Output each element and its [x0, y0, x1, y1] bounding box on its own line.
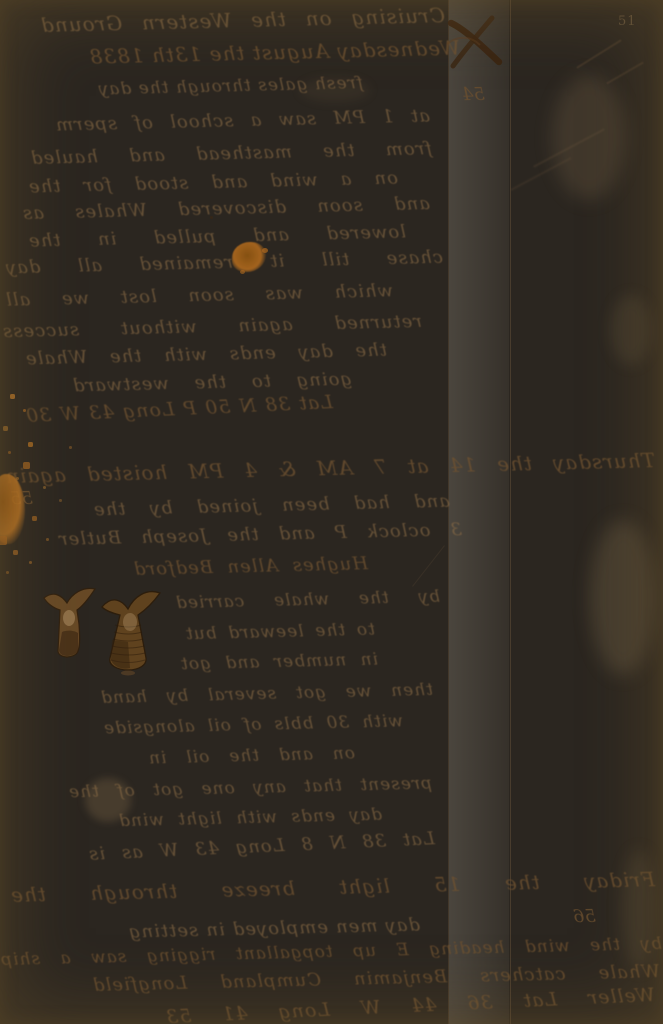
whale-fluke-stamps [38, 580, 168, 676]
bleed-line: by the whale carried [175, 587, 440, 613]
bleed-line: Wednesday August the 13th 1838 [98, 36, 460, 69]
bleed-line: in number and got [180, 650, 378, 675]
bleed-line: lowered and pulled in the [28, 221, 406, 251]
bleed-line: to the leeward but [185, 620, 375, 645]
bleed-flourish-stroke [576, 39, 621, 68]
rust-dot-cluster [0, 0, 1, 1]
whale-fluke-stamp-large [102, 592, 160, 676]
foxing-spot [590, 520, 656, 675]
corner-folio-number: 51 [618, 14, 637, 29]
diagonal-crease [412, 545, 445, 587]
bleed-line: the day ends with the Whale [25, 340, 387, 370]
bleed-line: day men employed in setting [128, 914, 420, 942]
bleed-line: returned again without success [2, 311, 422, 342]
bleed-flourish-stroke [533, 128, 605, 167]
bleed-line: and had been joined by the [93, 491, 450, 521]
bleed-line: Thursday the 14 at 7 AM & 4 PM hoisted a… [5, 448, 655, 488]
bleed-line: then we got several by hand [100, 680, 433, 708]
bleed-flourish-stroke [511, 157, 572, 191]
heavy-ink-blot [444, 14, 508, 72]
bleed-line: Cruising on the Western Ground [40, 3, 445, 37]
bleed-line: Friday the 15 light breeze through the [10, 867, 655, 907]
entry-number: 56 [573, 906, 596, 927]
manuscript-page: Cruising on the Western Ground Wednesday… [0, 0, 663, 1024]
bleed-line: present that any one got of the [68, 774, 432, 803]
bleed-flourish-stroke [606, 62, 643, 85]
bleed-line: fresh gales through the day [128, 73, 363, 99]
entry-number: 54 [462, 84, 485, 105]
bleed-line: which was soon lost we all [5, 280, 393, 310]
bleed-line: from the masthead and hauled [30, 138, 432, 169]
bleed-line: and soon discovered Whales as [22, 193, 430, 224]
bleed-line: day ends with light wind [118, 805, 382, 831]
bleed-line: with 30 bbls of oil alongside [103, 711, 403, 738]
bleed-line: Lat 38 N 8 Long 43 W as is [88, 828, 436, 865]
bleed-line: at 1 PM saw a school of sperm [55, 105, 430, 135]
foxing-spot [552, 75, 626, 200]
foxing-spot [610, 295, 652, 365]
bleed-line: chase till it remained all day [5, 247, 443, 279]
bleed-line: on and the oil in [148, 743, 355, 768]
whale-fluke-stamp-small [44, 588, 95, 657]
bleed-line: on a wind and stood for the [28, 167, 398, 197]
bleed-line: 3 oclock P and the Joseph Butler [58, 519, 462, 550]
bleed-line: Hughes Allen Bedford [133, 553, 368, 580]
bleed-line: Lat 38 N 50 P Long 43 W 30 [25, 391, 334, 427]
